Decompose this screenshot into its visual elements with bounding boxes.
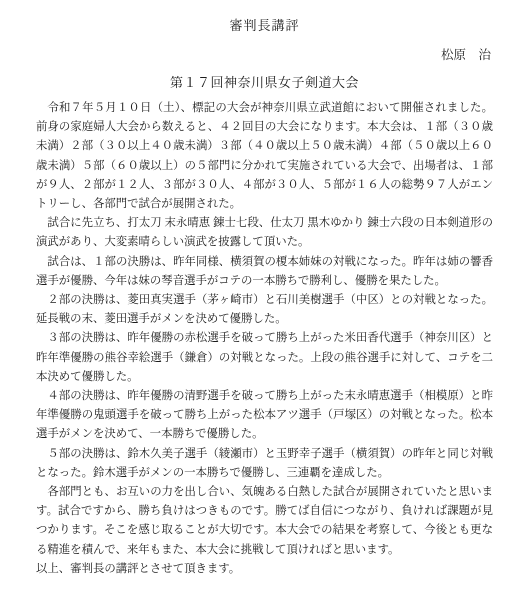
- paragraph-division2-final: ２部の決勝は、菱田真実選手（茅ヶ崎市）と石川美樹選手（中区）との対戦となった。延…: [36, 291, 493, 329]
- paragraph-division1-final: 試合は、１部の決勝は、昨年同様、横須賀の榎本姉妹の対戦になった。昨年は姉の響香選…: [36, 253, 493, 291]
- paragraph-division4-final: ４部の決勝は、昨年優勝の清野選手を破って勝ち上がった末永晴恵選手（相模原）と昨年…: [36, 387, 493, 445]
- author-name: 松原 治: [36, 46, 493, 64]
- paragraph-opening: 令和７年５月１０日（土）、標記の大会が神奈川県立武道館において開催されました。前…: [36, 99, 493, 214]
- document-body: 令和７年５月１０日（土）、標記の大会が神奈川県立武道館において開催されました。前…: [36, 99, 493, 579]
- paragraph-closing-remarks: 各部門とも、お互いの力を出し合い、気魄ある白熱した試合が展開されていたと思います…: [36, 483, 493, 560]
- document-title: 審判長講評: [36, 16, 493, 35]
- document-subtitle: 第１７回神奈川県女子剣道大会: [36, 73, 493, 92]
- paragraph-division3-final: ３部の決勝は、昨年優勝の赤松選手を破って勝ち上がった米田香代選手（神奈川区）と昨…: [36, 329, 493, 387]
- document-page: 審判長講評 松原 治 第１７回神奈川県女子剣道大会 令和７年５月１０日（土）、標…: [0, 0, 530, 600]
- paragraph-kendo-kata-demo: 試合に先立ち、打太刀 末永晴恵 錬士七段、仕太刀 黒木ゆかり 錬士六段の日本剣道…: [36, 214, 493, 252]
- paragraph-division5-final: ５部の決勝は、鈴木久美子選手（綾瀬市）と玉野幸子選手（横須賀）の昨年と同じ対戦と…: [36, 445, 493, 483]
- paragraph-signoff: 以上、審判長の講評とさせて頂きます。: [36, 560, 493, 579]
